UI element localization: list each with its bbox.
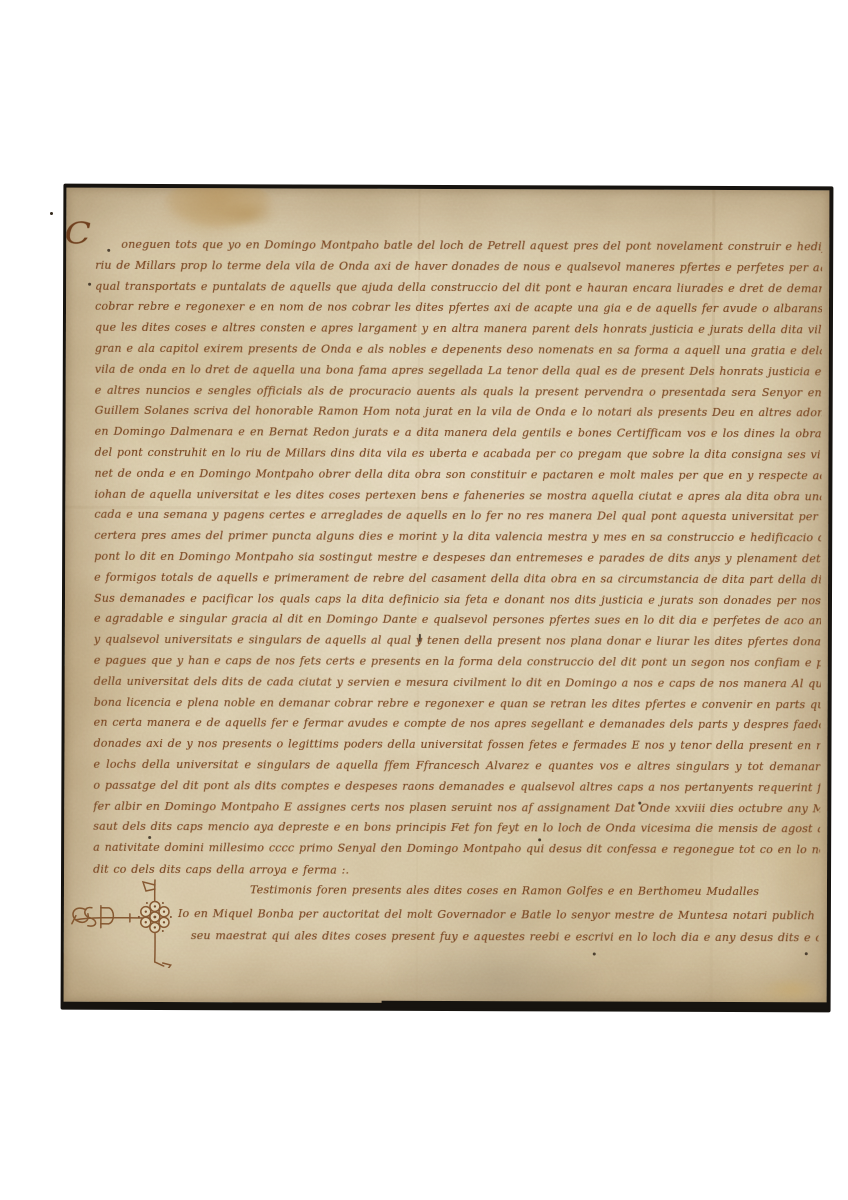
ink-speck (419, 634, 421, 642)
ink-speck (88, 283, 91, 286)
manuscript-line: o passatge del dit pont als dits comptes… (93, 775, 820, 798)
notary-subscription-line-1: Io en Miquel Bonba per auctoritat del mo… (178, 904, 820, 927)
manuscript-line: e altres nuncios e sengles officials als… (95, 380, 822, 403)
parchment-scan: C oneguen tots que yo en Domingo Montpah… (61, 184, 834, 1013)
drop-cap-initial: C (64, 220, 91, 250)
manuscript-line: della universitat dels dits de cada ciut… (94, 672, 821, 695)
manuscript-line: cada e una semana y pagens certes e arre… (94, 505, 821, 528)
manuscript-line: pont lo dit en Domingo Montpaho sia sost… (94, 547, 821, 570)
manuscript-line: Guillem Solanes scriva del honorable Ram… (95, 401, 822, 424)
dust-speck (50, 212, 53, 215)
manuscript-line: a nativitate domini millesimo cccc primo… (93, 838, 820, 861)
water-stain-top-inner (218, 200, 276, 228)
manuscript-line: certera pres ames del primer puncta algu… (94, 526, 821, 549)
manuscript-line: e formigos totals de aquells e primerame… (94, 568, 821, 591)
page-background: C oneguen tots que yo en Domingo Montpah… (0, 0, 848, 1200)
manuscript-line: e pagues que y han e caps de nos fets ce… (94, 651, 821, 674)
manuscript-line: e agradable e singular gracia al dit en … (94, 609, 821, 632)
manuscript-line: gran e ala capitol exirem presents de On… (95, 339, 822, 362)
water-stain-top (162, 188, 274, 231)
manuscript-line: e lochs della universitat e singulars de… (93, 755, 820, 778)
yellow-stain-corner (762, 976, 824, 1002)
ink-speck (805, 952, 808, 955)
manuscript-line: bona licencia e plena noble en demanar c… (94, 692, 821, 715)
ink-speck (148, 836, 151, 839)
manuscript-line: en certa manera e de aquells fer e ferma… (94, 713, 821, 736)
water-stain-bottom-right (706, 976, 830, 1004)
manuscript-line: iohan de aquella universitat e les dites… (94, 484, 821, 507)
notary-subscription-line-2: seu maestrat qui ales dites coses presen… (191, 926, 819, 949)
manuscript-line: fer albir en Domingo Montpaho E assignes… (93, 796, 820, 819)
scan-edge-shadow (382, 1001, 829, 1010)
ink-speck (638, 802, 641, 805)
manuscript-line: que les dites coses e altres consten e a… (95, 318, 822, 341)
manuscript-line: y qualsevol universitats e singulars de … (94, 630, 821, 653)
manuscript-line: saut dels dits caps mencio aya depreste … (93, 817, 820, 840)
manuscript-line: en Domingo Dalmenara e en Bernat Redon j… (95, 422, 822, 445)
manuscript-text-block: oneguen tots que yo en Domingo Montpaho … (93, 235, 822, 861)
manuscript-line: vila de onda en lo dret de aquella una b… (95, 360, 822, 383)
manuscript-line: oneguen tots que yo en Domingo Montpaho … (95, 235, 822, 258)
ink-speck (107, 249, 110, 252)
manuscript-line: cobrar rebre e regonexer e en nom de nos… (95, 297, 822, 320)
manuscript-line: net de onda e en Domingo Montpaho obrer … (94, 464, 821, 487)
manuscript-line: qual transportats e puntalats de aquells… (95, 276, 822, 299)
ink-speck (593, 953, 596, 956)
ink-speck (538, 838, 541, 841)
manuscript-line: del pont construhit en lo riu de Millars… (94, 443, 821, 466)
manuscript-line: Sus demanades e pacificar los quals caps… (94, 588, 821, 611)
manuscript-line: donades axi de y nos presents o legittim… (93, 734, 820, 757)
parchment: C oneguen tots que yo en Domingo Montpah… (64, 188, 830, 1005)
witness-line: Testimonis foren presents ales dites cos… (250, 880, 762, 903)
manuscript-line: riu de Millars prop lo terme dela vila d… (95, 256, 822, 279)
